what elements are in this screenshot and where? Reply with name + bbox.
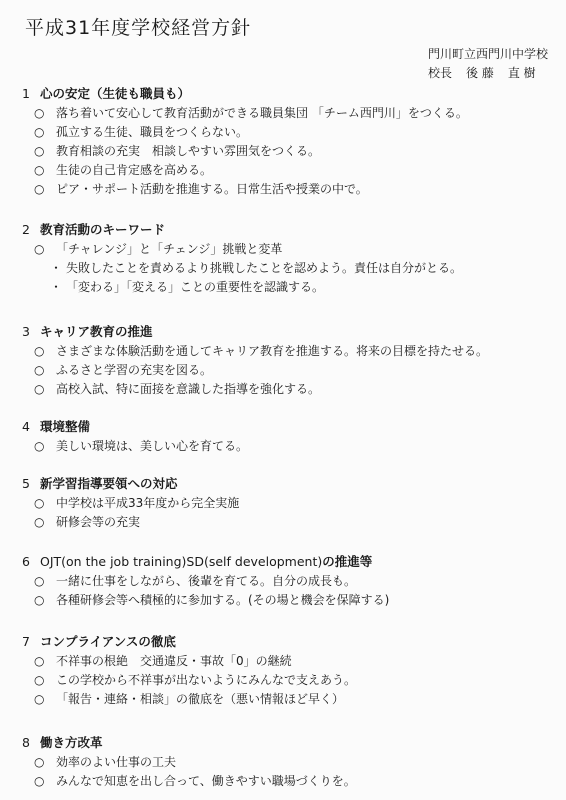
circle-bullet-icon: ○ bbox=[34, 437, 56, 456]
list-item: ○教育相談の充実 相談しやすい雰囲気をつくる。 bbox=[22, 142, 468, 161]
section-heading: 7コンプライアンスの徹底 bbox=[22, 632, 356, 652]
circle-bullet-icon: ○ bbox=[34, 361, 56, 380]
list-item: ○みんなで知恵を出し合って、働きやすい職場づくりを。 bbox=[22, 772, 356, 791]
circle-bullet-icon: ○ bbox=[34, 142, 56, 161]
circle-bullet-icon: ○ bbox=[34, 380, 56, 399]
list-item: ○効率のよい仕事の工夫 bbox=[22, 753, 356, 772]
principal-line: 校長後 藤直 樹 bbox=[428, 64, 548, 83]
list-item: ○ピア・サポート活動を推進する。日常生活や授業の中で。 bbox=[22, 180, 468, 199]
section-heading: 5新学習指導要領への対応 bbox=[22, 474, 239, 494]
circle-bullet-icon: ○ bbox=[34, 240, 56, 259]
school-name: 門川町立西門川中学校 bbox=[428, 45, 548, 64]
list-item: ○一緒に仕事をしながら、後輩を育てる。自分の成長も。 bbox=[22, 572, 389, 591]
dot-bullet-icon: ・ bbox=[50, 278, 66, 297]
circle-bullet-icon: ○ bbox=[34, 123, 56, 142]
list-item: ○孤立する生徒、職員をつくらない。 bbox=[22, 123, 468, 142]
section-1: 1心の安定（生徒も職員も） ○落ち着いて安心して教育活動ができる職員集団 「チー… bbox=[22, 84, 468, 199]
list-item: ○さまざまな体験活動を通してキャリア教育を推進する。将来の目標を持たせる。 bbox=[22, 342, 488, 361]
circle-bullet-icon: ○ bbox=[34, 342, 56, 361]
list-item: ○この学校から不祥事が出ないようにみんなで支えあう。 bbox=[22, 671, 356, 690]
section-heading: 1心の安定（生徒も職員も） bbox=[22, 84, 468, 104]
list-item: ○「チャレンジ」と「チェンジ」挑戦と変革 bbox=[22, 240, 462, 259]
circle-bullet-icon: ○ bbox=[34, 753, 56, 772]
list-item: ○高校入試、特に面接を意識した指導を強化する。 bbox=[22, 380, 488, 399]
list-item: ○不祥事の根絶 交通違反・事故「0」の継続 bbox=[22, 652, 356, 671]
circle-bullet-icon: ○ bbox=[34, 652, 56, 671]
list-item: ○研修会等の充実 bbox=[22, 513, 239, 532]
principal-surname: 後 藤 bbox=[466, 66, 494, 80]
list-item: ○落ち着いて安心して教育活動ができる職員集団 「チーム西門川」をつくる。 bbox=[22, 104, 468, 123]
list-item: ○ふるさと学習の充実を図る。 bbox=[22, 361, 488, 380]
sub-list-item: ・「変わる」「変える」ことの重要性を認識する。 bbox=[22, 278, 462, 297]
section-8: 8働き方改革 ○効率のよい仕事の工夫 ○みんなで知恵を出し合って、働きやすい職場… bbox=[22, 733, 356, 791]
section-6: 6OJT(on the job training)SD(self develop… bbox=[22, 552, 389, 610]
circle-bullet-icon: ○ bbox=[34, 772, 56, 791]
section-heading: 2教育活動のキーワード bbox=[22, 220, 462, 240]
section-heading: 4環境整備 bbox=[22, 417, 248, 437]
section-heading: 8働き方改革 bbox=[22, 733, 356, 753]
circle-bullet-icon: ○ bbox=[34, 161, 56, 180]
circle-bullet-icon: ○ bbox=[34, 690, 56, 709]
section-2: 2教育活動のキーワード ○「チャレンジ」と「チェンジ」挑戦と変革 ・失敗したこと… bbox=[22, 220, 462, 297]
list-item: ○各種研修会等へ積極的に参加する。(その場と機会を保障する) bbox=[22, 591, 389, 610]
circle-bullet-icon: ○ bbox=[34, 494, 56, 513]
list-item: ○生徒の自己肯定感を高める。 bbox=[22, 161, 468, 180]
sub-list-item: ・失敗したことを責めるより挑戦したことを認めよう。責任は自分がとる。 bbox=[22, 259, 462, 278]
section-5: 5新学習指導要領への対応 ○中学校は平成33年度から完全実施 ○研修会等の充実 bbox=[22, 474, 239, 532]
dot-bullet-icon: ・ bbox=[50, 259, 66, 278]
document-title: 平成31年度学校経営方針 bbox=[25, 13, 251, 40]
circle-bullet-icon: ○ bbox=[34, 104, 56, 123]
list-item: ○中学校は平成33年度から完全実施 bbox=[22, 494, 239, 513]
circle-bullet-icon: ○ bbox=[34, 513, 56, 532]
circle-bullet-icon: ○ bbox=[34, 572, 56, 591]
section-heading: 6OJT(on the job training)SD(self develop… bbox=[22, 552, 389, 572]
principal-role: 校長 bbox=[428, 66, 452, 80]
circle-bullet-icon: ○ bbox=[34, 591, 56, 610]
list-item: ○美しい環境は、美しい心を育てる。 bbox=[22, 437, 248, 456]
section-7: 7コンプライアンスの徹底 ○不祥事の根絶 交通違反・事故「0」の継続 ○この学校… bbox=[22, 632, 356, 709]
principal-given: 直 樹 bbox=[508, 66, 536, 80]
circle-bullet-icon: ○ bbox=[34, 671, 56, 690]
section-4: 4環境整備 ○美しい環境は、美しい心を育てる。 bbox=[22, 417, 248, 456]
section-3: 3キャリア教育の推進 ○さまざまな体験活動を通してキャリア教育を推進する。将来の… bbox=[22, 322, 488, 399]
circle-bullet-icon: ○ bbox=[34, 180, 56, 199]
author-block: 門川町立西門川中学校 校長後 藤直 樹 bbox=[428, 45, 548, 83]
list-item: ○「報告・連絡・相談」の徹底を（悪い情報ほど早く） bbox=[22, 690, 356, 709]
section-heading: 3キャリア教育の推進 bbox=[22, 322, 488, 342]
